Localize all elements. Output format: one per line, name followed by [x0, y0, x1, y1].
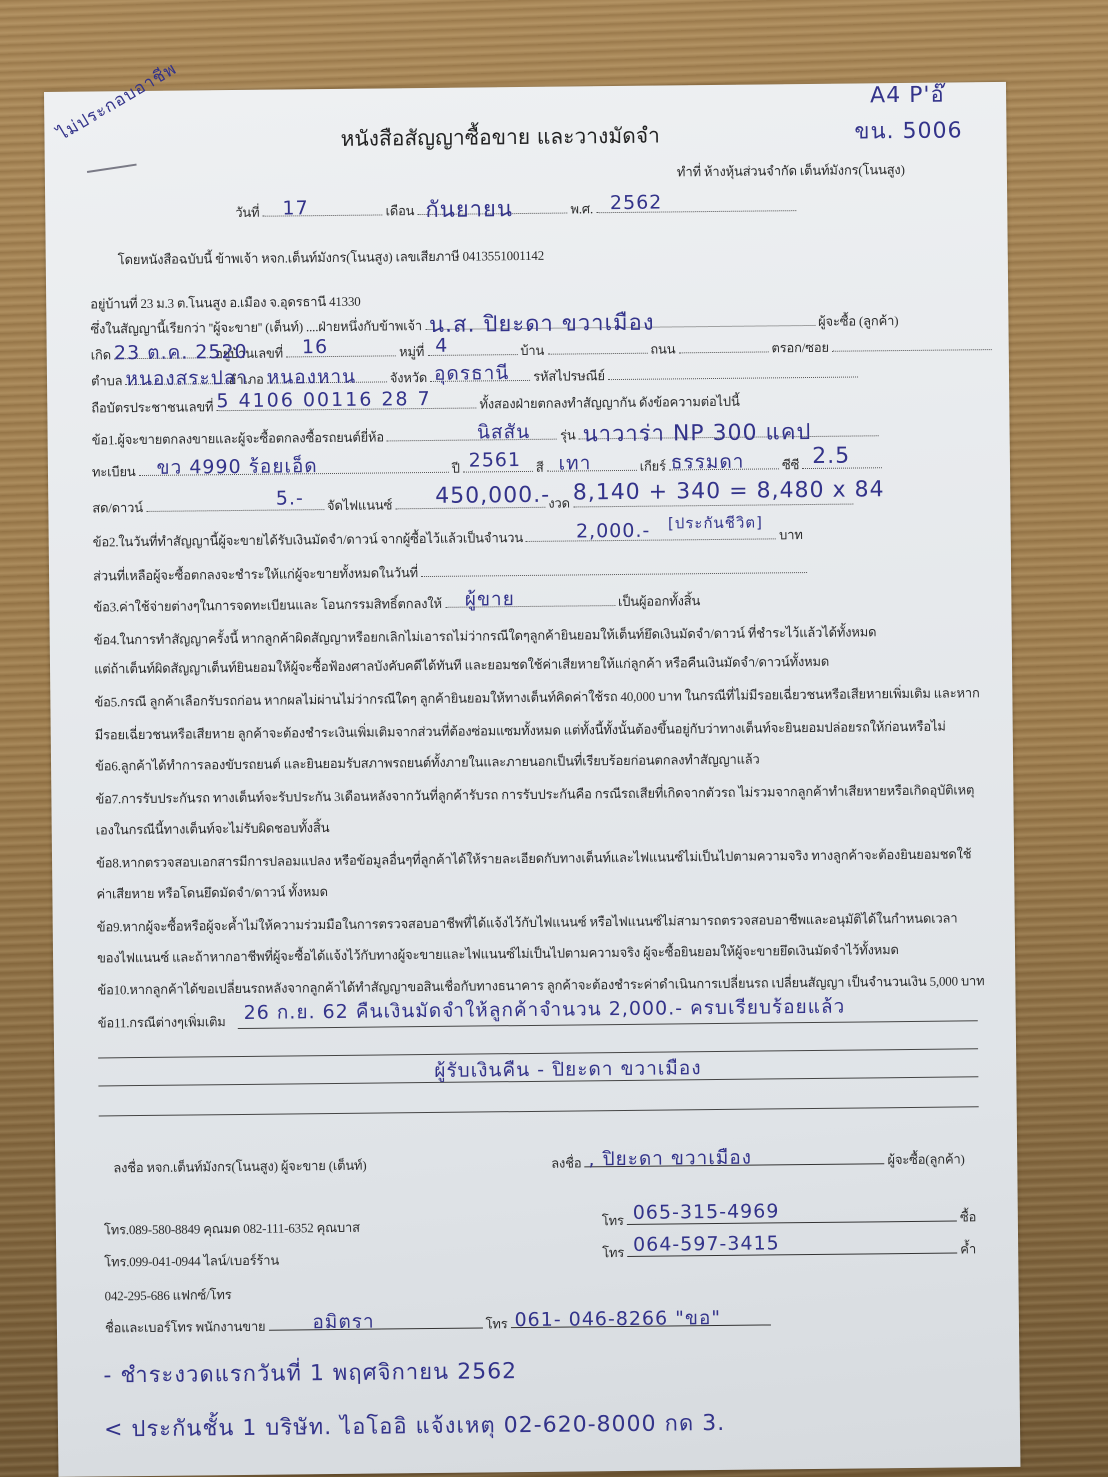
installment-value: 8,140 + 340 = 8,480 x 84 — [573, 477, 885, 505]
deposit-unit: บาท — [779, 527, 803, 542]
buyer-signature: , ปิยะดา ขวาเมือง — [588, 1143, 752, 1175]
clause-text-9: ข้อ9.หากผู้จะซื้อหรือผู้จะค้ำไม่ให้ความร… — [97, 907, 958, 937]
house-no-value: 16 — [302, 336, 328, 358]
village-field — [547, 353, 647, 355]
note-first-payment: - ชำระงวดแรกวันที่ 1 พฤศจิกายน 2562 — [103, 1353, 517, 1392]
province-label: จังหวัด — [390, 370, 427, 385]
clause3-label: ข้อ3.ค่าใช้จ่ายต่างๆในการจดทะเบียนและ โอ… — [93, 596, 442, 615]
clause-text-8: ค่าเสียหาย หรือโดนยึดมัดจำ/ดาวน์ ทั้งหมด — [96, 881, 328, 904]
district-field: หนองหาน — [267, 381, 387, 383]
down-field: 5.- — [146, 509, 324, 512]
salesperson-phone: 061- 046-8266 "ขอ" — [514, 1303, 721, 1335]
clause11-rule-4 — [99, 1106, 979, 1116]
car-year-field: 2561 — [463, 471, 533, 473]
document-title: หนังสือสัญญาซื้อขาย และวางมัดจำ — [340, 120, 660, 156]
car-year-value: 2561 — [469, 449, 522, 472]
clause11-line-1: 26 ก.ย. 62 คืนเงินมัดจำให้ลูกค้าจำนวน 2,… — [243, 992, 845, 1028]
cc-value: 2.5 — [812, 444, 850, 469]
house-no-field: 16 — [286, 355, 396, 357]
clause-text-5: ข้อ7.การรับประกันรถ ทางเต็นท์จะรับประกัน… — [95, 779, 974, 809]
clause-text-4: ข้อ6.ลูกค้าได้ทำการลองขับรถยนต์ และยินยอ… — [95, 749, 760, 777]
brand-value: นิสสัน — [477, 417, 530, 448]
contract-paper: ไม่ประกอบอาชีพ A4 P'อ๊ ขน. 5006 หนังสือส… — [44, 82, 1020, 1477]
buyer-role-label: ผู้จะซื้อ (ลูกค้า) — [818, 313, 898, 329]
born-field: 23 ต.ค. 2520 — [114, 357, 212, 359]
clause2-label: ข้อ2.ในวันที่ทำสัญญานี้ผู้จะขายได้รับเงิ… — [93, 530, 523, 550]
party-line: ซึ่งในสัญญานี้เรียกว่า ''ผู้จะขาย'' (เต็… — [90, 310, 898, 339]
gear-field: ธรรมดา — [669, 468, 779, 470]
salesperson-phone-field: 061- 046-8266 "ขอ" — [511, 1324, 771, 1328]
color-label: สี — [536, 460, 544, 475]
fee-payer-value: ผู้ขาย — [465, 584, 515, 615]
remaining-label: ส่วนที่เหลือผู้จะซื้อตกลงจะชำระให้แก่ผู้… — [93, 565, 418, 583]
written-at-label: ทำที่ — [677, 164, 701, 179]
color-field: เทา — [547, 470, 637, 472]
salesperson-name: อมิตรา — [312, 1307, 374, 1338]
deposit-value: 2,000.- — [576, 520, 651, 543]
id-label-post: ทั้งสองฝ่ายตกลงทำสัญญากัน ดังข้อความต่อไ… — [479, 394, 739, 412]
month-label: เดือน — [385, 203, 414, 218]
province-field: อุดรธานี — [430, 380, 530, 382]
moo-field: 4 — [427, 354, 517, 356]
guarantor-phone-field: 064-597-3415 — [627, 1253, 957, 1257]
party-label: ซึ่งในสัญญานี้เรียกว่า ''ผู้จะขาย'' (เต็… — [90, 318, 422, 336]
guarantor-phone-label: โทร — [602, 1245, 624, 1260]
buyer-phone-label: โทร — [602, 1213, 624, 1228]
district-line: ตำบล หนองสระปลา อำเภอ หนองหาน จังหวัด อุ… — [91, 362, 858, 391]
remaining-line: ส่วนที่เหลือผู้จะซื้อตกลงจะชำระให้แก่ผู้… — [93, 558, 807, 586]
car-year-label: ปี — [452, 461, 460, 476]
buyer-sign-label: ลงชื่อ — [551, 1155, 581, 1170]
gear-label: เกียร์ — [640, 459, 666, 474]
note-underline — [87, 164, 137, 173]
buyer-name-field: น.ส. ปิยะดา ขวาเมือง — [425, 325, 815, 330]
down-label: สด/ดาวน์ — [92, 500, 143, 516]
clause1-line1: ข้อ1.ผู้จะขายตกลงขายและผู้จะซื้อตกลงซื้อ… — [92, 421, 879, 450]
gear-value: ธรรมดา — [671, 447, 745, 478]
moo-label: หมู่ที่ — [399, 344, 424, 359]
year-field: 2562 — [596, 210, 796, 213]
buyer-name: น.ส. ปิยะดา ขวาเมือง — [429, 305, 655, 342]
finance-value: 450,000.- — [435, 483, 550, 509]
moo-value: 4 — [435, 335, 448, 357]
clause-text-6: เองในกรณีนี้ทางเต็นท์จะไม่รับผิดชอบทั้งส… — [96, 817, 330, 840]
model-label: รุ่น — [560, 427, 576, 442]
village-label: บ้าน — [520, 343, 544, 358]
guarantor-phone-line: โทร 064-597-3415 ค้ำ — [602, 1238, 976, 1263]
installment-field: 8,140 + 340 = 8,480 x 84 — [573, 504, 853, 508]
clause-text-10: ของไฟแนนซ์ และถ้าหากอาชีพที่ผู้จะซื้อได้… — [97, 939, 899, 968]
born-label: เกิด — [91, 347, 111, 362]
province-value: อุดรธานี — [434, 358, 510, 389]
written-at-value: ห้างหุ้นส่วนจำกัด เต็นท์มังกร(โนนสูง) — [704, 162, 905, 179]
clause-text-0: ข้อ4.ในการทำสัญญาครั้งนี้ หากลูกค้าผิดสั… — [94, 621, 877, 650]
remaining-field — [421, 572, 807, 577]
month-field: กันยายน — [417, 213, 567, 216]
id-line: ถือบัตรประชาชนเลขที่ 5 4106 00116 28 7 ท… — [91, 391, 740, 419]
shop-phone-1: โทร.089-580-8849 คุณมด 082-111-6352 คุณบ… — [104, 1217, 360, 1241]
shop-phone-2: โทร.099-041-0944 ไลน์/เบอร์ร้าน — [104, 1250, 279, 1273]
guarantor-phone-role: ค้ำ — [960, 1241, 976, 1256]
day-value: 17 — [282, 197, 308, 219]
note-top-right-1: A4 P'อ๊ — [870, 77, 945, 113]
buyer-phone-line: โทร 065-315-4969 ซื้อ — [602, 1206, 976, 1231]
color-value: เทา — [558, 448, 591, 478]
cc-field: 2.5 — [802, 467, 882, 469]
clause1-label: ข้อ1.ผู้จะขายตกลงขายและผู้จะซื้อตกลงซื้อ… — [92, 429, 384, 447]
buyer-role: ผู้จะซื้อ(ลูกค้า) — [887, 1151, 964, 1167]
clause-text-2: ข้อ5.กรณี ลูกค้าเลือกรับรถก่อน หากผลไม่ผ… — [94, 682, 979, 712]
clause3-label-post: เป็นผู้ออกทั้งสิ้น — [618, 593, 700, 609]
plate-field: ขว 4990 ร้อยเอ็ด — [139, 472, 449, 476]
buyer-phone: 065-315-4969 — [633, 1200, 780, 1224]
salesperson-phone-label: โทร — [485, 1316, 507, 1331]
subdistrict-label: ตำบล — [91, 373, 123, 388]
note-top-left: ไม่ประกอบอาชีพ — [52, 55, 182, 147]
plate-label: ทะเบียน — [92, 464, 136, 479]
year-label: พ.ศ. — [570, 201, 593, 216]
buyer-phone-role: ซื้อ — [960, 1209, 976, 1224]
clause-text-7: ข้อ8.หากตรวจสอบเอกสารมีการปลอมแปลง หรือข… — [96, 843, 971, 873]
salesperson-line: ชื่อและเบอร์โทร พนักงานขาย อมิตรา โทร 06… — [105, 1310, 771, 1338]
cc-label: ซีซี — [782, 457, 799, 472]
model-field: นาวาร่า NP 300 แคป — [579, 435, 879, 439]
id-field: 5 4106 00116 28 7 — [216, 407, 476, 411]
installment-label: งวด — [548, 496, 570, 511]
subdistrict-field: หนองสระปลา — [126, 383, 226, 385]
buyer-signature-line: ลงชื่อ , ปิยะดา ขวาเมือง ผู้จะซื้อ(ลูกค้… — [551, 1148, 965, 1173]
model-value: นาวาร่า NP 300 แคป — [582, 414, 811, 451]
salesperson-label: ชื่อและเบอร์โทร พนักงานขาย — [105, 1319, 266, 1336]
brand-field: นิสสัน — [387, 439, 557, 442]
finance-label: จัดไฟแนนซ์ — [327, 497, 392, 513]
postcode-field — [608, 376, 858, 380]
clause11-label: ข้อ11.กรณีต่างๆเพิ่มเติม — [98, 1011, 226, 1033]
clause-text-1: แต่ถ้าเต็นท์ผิดสัญญาเต็นท์ยินยอมให้ผู้จะ… — [94, 651, 829, 680]
seller-signature: ลงชื่อ หจก.เต็นท์มังกร(โนนสูง) ผู้จะขาย … — [113, 1155, 366, 1179]
postcode-label: รหัสไปรษณีย์ — [533, 368, 605, 384]
alley-label: ตรอก/ซอย — [771, 340, 829, 356]
year-value: 2562 — [610, 192, 663, 215]
fee-payer-field: ผู้ขาย — [445, 605, 615, 608]
seller-intro: โดยหนังสือฉบับนี้ ข้าพเจ้า หจก.เต็นท์มัง… — [118, 245, 544, 270]
id-label: ถือบัตรประชาชนเลขที่ — [91, 399, 213, 415]
seller-address: อยู่บ้านที่ 23 ม.3 ต.โนนสูง อ.เมือง จ.อุ… — [90, 291, 361, 315]
alley-field — [832, 349, 992, 352]
clause3-line: ข้อ3.ค่าใช้จ่ายต่างๆในการจดทะเบียนและ โอ… — [93, 590, 700, 617]
deposit-note: [ประกันชีวิต] — [668, 510, 763, 535]
down-value: 5.- — [276, 487, 304, 509]
note-insurance: < ประกันชั้น 1 บริษัท. ไอโออิ แจ้งเหตุ 0… — [104, 1405, 726, 1447]
finance-field: 450,000.- — [395, 507, 545, 510]
clause-text-3: มีรอยเฉี่ยวชนหรือเสียหาย ลูกค้าจะต้องชำร… — [95, 716, 946, 746]
note-top-right-2: ขน. 5006 — [854, 112, 962, 148]
clause11-line-3: ผู้รับเงินคืน - ปิยะดา ขวาเมือง — [434, 1053, 702, 1086]
shop-fax: 042-295-686 แฟกซ์/โทร — [105, 1284, 232, 1306]
day-label: วันที่ — [235, 205, 259, 220]
plate-value: ขว 4990 ร้อยเอ็ด — [156, 451, 317, 483]
road-field — [678, 351, 768, 353]
day-field: 17 — [263, 214, 383, 216]
date-line: วันที่ 17 เดือน กันยายน พ.ศ. 2562 — [235, 196, 796, 223]
guarantor-phone: 064-597-3415 — [633, 1232, 780, 1256]
id-value: 5 4106 00116 28 7 — [216, 388, 432, 412]
month-value: กันยายน — [425, 191, 513, 227]
buyer-phone-field: 065-315-4969 — [627, 1221, 957, 1225]
buyer-signature-field: , ปิยะดา ขวาเมือง — [584, 1163, 884, 1167]
road-label: ถนน — [650, 341, 675, 356]
salesperson-name-field: อมิตรา — [269, 1327, 483, 1330]
clause2-line: ข้อ2.ในวันที่ทำสัญญานี้ผู้จะขายได้รับเงิ… — [93, 524, 803, 552]
deposit-field: 2,000.- [ประกันชีวิต] — [526, 538, 776, 542]
birth-line: เกิด 23 ต.ค. 2520 อยู่บ้านเลขที่ 16 หมู่… — [91, 335, 992, 365]
written-at: ทำที่ ห้างหุ้นส่วนจำกัด เต็นท์มังกร(โนนส… — [677, 159, 905, 182]
